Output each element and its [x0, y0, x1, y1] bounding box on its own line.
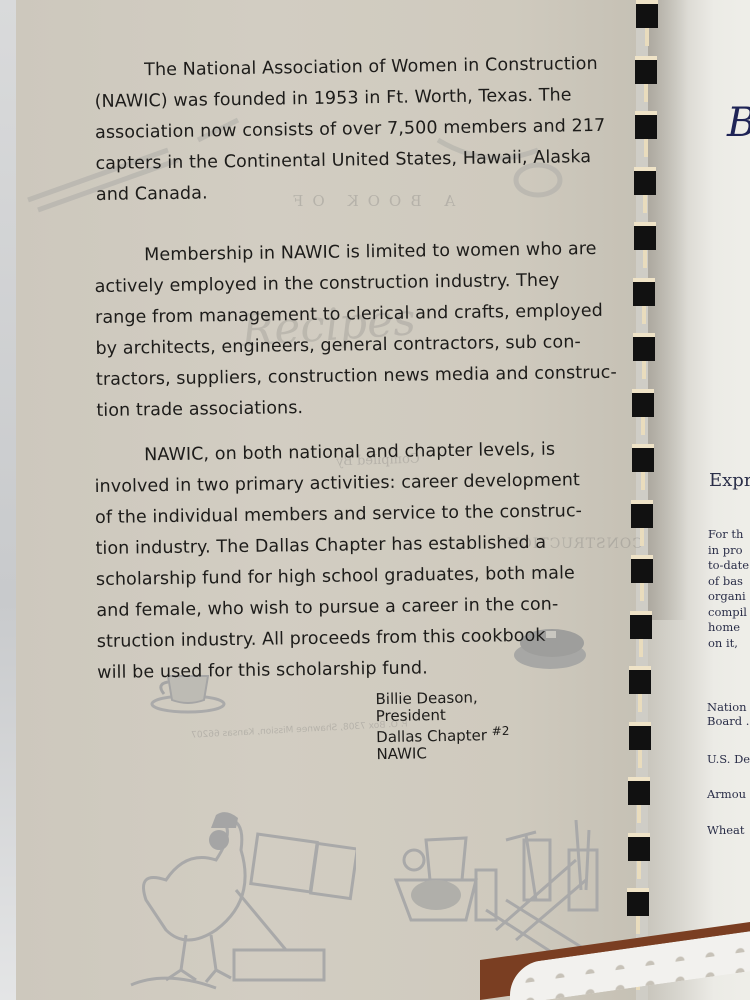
right-page-source-4: Wheat	[707, 823, 745, 837]
text-line: on it,	[708, 636, 749, 652]
basket-and-drinks-icon	[386, 820, 616, 960]
right-page-source-1: Nation Board .	[707, 700, 749, 728]
spiral-coil	[633, 278, 655, 306]
spiral-coil	[628, 833, 650, 861]
spiral-binding	[626, 0, 656, 1000]
right-page-source-2: U.S. De	[707, 752, 750, 766]
right-page-source-3: Armou	[707, 787, 746, 801]
right-page-title-initial: B	[727, 100, 750, 146]
left-page: A BOOK OF Recipes Compiled By NATIONAL A…	[16, 0, 636, 1000]
spiral-coil	[630, 611, 652, 639]
text-line: in pro	[708, 543, 749, 559]
text-line: Board .	[707, 714, 749, 728]
spiral-coil	[634, 167, 656, 195]
right-page-heading: Expre	[709, 470, 750, 491]
chicken-with-cookbook-icon	[126, 810, 356, 1000]
right-page-body: For th in pro to-date of bas organi comp…	[708, 527, 749, 651]
spiral-coil	[629, 722, 651, 750]
text-line: will be used for this scholarship fund.	[47, 651, 577, 689]
signature-block: Billie Deason, President Dallas Chapter …	[375, 689, 510, 763]
text-line: of bas	[708, 574, 749, 590]
spiral-coil	[635, 111, 657, 139]
spiral-coil	[636, 0, 658, 28]
text-line: organi	[708, 589, 749, 605]
spiral-coil	[635, 56, 657, 84]
chapter-number: #2	[492, 724, 510, 738]
signer-org: NAWIC	[376, 744, 510, 763]
spiral-coil	[633, 333, 655, 361]
text-line: For th	[708, 527, 749, 543]
spiral-coil	[634, 222, 656, 250]
text-line: compil	[708, 605, 749, 621]
spiral-coil	[632, 444, 654, 472]
paragraph-founding: The National Association of Women in Con…	[94, 49, 576, 211]
paragraph-membership: Membership in NAWIC is limited to women …	[94, 234, 577, 427]
chapter-name: Dallas Chapter	[376, 726, 487, 746]
spiral-coil	[631, 500, 653, 528]
paragraph-activities: NAWIC, on both national and chapter leve…	[94, 434, 577, 689]
spiral-coil	[628, 777, 650, 805]
spiral-coil	[631, 555, 653, 583]
signer-chapter: Dallas Chapter #2	[376, 723, 510, 746]
text-line: Nation	[707, 700, 749, 714]
spiral-coil	[627, 888, 649, 916]
spiral-coil	[632, 389, 654, 417]
text-line: home	[708, 620, 749, 636]
text-line: tion trade associations.	[46, 389, 576, 427]
spiral-coil	[629, 666, 651, 694]
text-line: to-date	[708, 558, 749, 574]
